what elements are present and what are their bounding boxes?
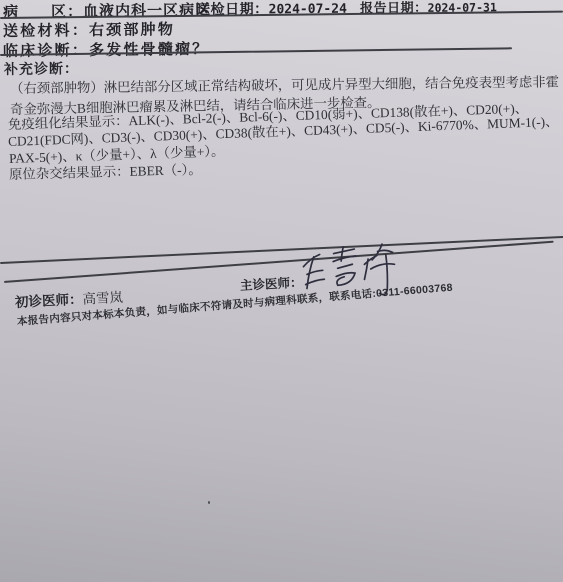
attending-doctor-row: 主诊医师：: [239, 273, 302, 294]
first-doctor-name: 高雪岚: [82, 290, 123, 307]
footer-divider-thin: [0, 236, 563, 264]
supplementary-diagnosis-title: 补充诊断：: [4, 58, 79, 79]
clinical-diagnosis-value: 多发性骨髓瘤？: [89, 41, 210, 59]
ish-results-line: 原位杂交结果显示：EBER（-）。: [9, 159, 202, 183]
first-doctor-label: 初诊医师：: [15, 292, 83, 310]
pathology-report-photo: 病 区：血液内科一区病区 送检日期：2024-07-24 报告日期：2024-0…: [0, 0, 563, 582]
header-row-clinical-diagnosis: 临床诊断：多发性骨髓瘤？: [3, 38, 210, 61]
attending-doctor-label: 主诊医师：: [240, 276, 303, 293]
material-label: 送检材料：: [3, 22, 89, 40]
header-row-ward-dates: 病 区：血液内科一区病区 送检日期：2024-07-24 报告日期：2024-0…: [0, 0, 563, 1]
material-value: 右颈部肿物: [89, 21, 175, 39]
paper-speck: [208, 501, 210, 504]
